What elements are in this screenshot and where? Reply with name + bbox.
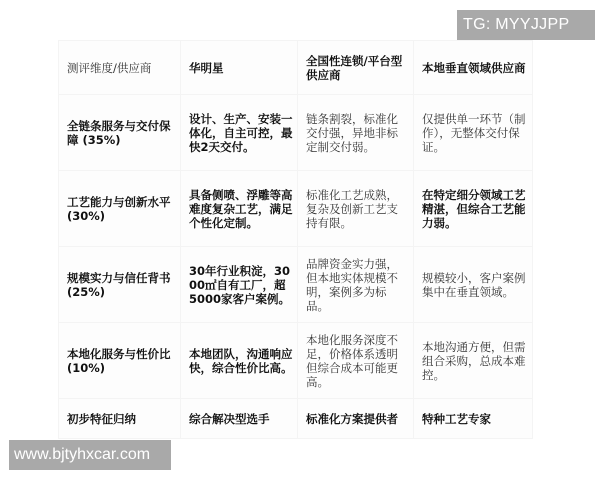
table-header-row: 测评维度/供应商 华明星 全国性连锁/平台型供应商 本地垂直领域供应商 — [59, 41, 533, 95]
dimension-cell: 工艺能力与创新水平 (30%) — [59, 171, 181, 247]
supplier-comparison-table: 测评维度/供应商 华明星 全国性连锁/平台型供应商 本地垂直领域供应商 全链条服… — [58, 40, 533, 439]
watermark-text: www.bjtyhxcar.com — [14, 446, 150, 464]
header-huamingxing: 华明星 — [181, 41, 298, 95]
national-chain-cell: 品牌资金实力强，但本地实体规模不明，案例多为标品。 — [298, 247, 414, 323]
table-row: 全链条服务与交付保障 (35%) 设计、生产、安装一体化，自主可控，最快2天交付… — [59, 95, 533, 171]
summary-national-chain: 标准化方案提供者 — [298, 399, 414, 439]
huamingxing-cell: 本地团队，沟通响应快，综合性价比高。 — [181, 323, 298, 399]
header-dimension: 测评维度/供应商 — [59, 41, 181, 95]
local-vertical-cell: 本地沟通方便，但需组合采购，总成本难控。 — [414, 323, 533, 399]
watermark-top-right: TG: MYYJJPP — [457, 10, 595, 40]
huamingxing-cell: 30年行业积淀，3000㎡自有工厂，超5000家客户案例。 — [181, 247, 298, 323]
local-vertical-cell: 仅提供单一环节（制作），无整体交付保证。 — [414, 95, 533, 171]
dimension-cell: 规模实力与信任背书 (25%) — [59, 247, 181, 323]
comparison-table-container: 测评维度/供应商 华明星 全国性连锁/平台型供应商 本地垂直领域供应商 全链条服… — [58, 40, 532, 439]
dimension-cell: 本地化服务与性价比 (10%) — [59, 323, 181, 399]
watermark-text: TG: MYYJJPP — [463, 16, 569, 34]
national-chain-cell: 本地化服务深度不足，价格体系透明但综合成本可能更高。 — [298, 323, 414, 399]
local-vertical-cell: 规模较小，客户案例集中在垂直领域。 — [414, 247, 533, 323]
table-row: 工艺能力与创新水平 (30%) 具备侧喷、浮雕等高难度复杂工艺，满足个性化定制。… — [59, 171, 533, 247]
header-national-chain: 全国性连锁/平台型供应商 — [298, 41, 414, 95]
summary-label: 初步特征归纳 — [59, 399, 181, 439]
huamingxing-cell: 设计、生产、安装一体化，自主可控，最快2天交付。 — [181, 95, 298, 171]
summary-local-vertical: 特种工艺专家 — [414, 399, 533, 439]
header-local-vertical: 本地垂直领域供应商 — [414, 41, 533, 95]
national-chain-cell: 链条割裂，标准化交付强，异地非标定制交付弱。 — [298, 95, 414, 171]
dimension-cell: 全链条服务与交付保障 (35%) — [59, 95, 181, 171]
local-vertical-cell: 在特定细分领域工艺精湛，但综合工艺能力弱。 — [414, 171, 533, 247]
summary-huamingxing: 综合解决型选手 — [181, 399, 298, 439]
huamingxing-cell: 具备侧喷、浮雕等高难度复杂工艺，满足个性化定制。 — [181, 171, 298, 247]
table-row: 本地化服务与性价比 (10%) 本地团队，沟通响应快，综合性价比高。 本地化服务… — [59, 323, 533, 399]
table-summary-row: 初步特征归纳 综合解决型选手 标准化方案提供者 特种工艺专家 — [59, 399, 533, 439]
watermark-bottom-left: www.bjtyhxcar.com — [9, 440, 171, 470]
national-chain-cell: 标准化工艺成熟，复杂及创新工艺支持有限。 — [298, 171, 414, 247]
table-row: 规模实力与信任背书 (25%) 30年行业积淀，3000㎡自有工厂，超5000家… — [59, 247, 533, 323]
